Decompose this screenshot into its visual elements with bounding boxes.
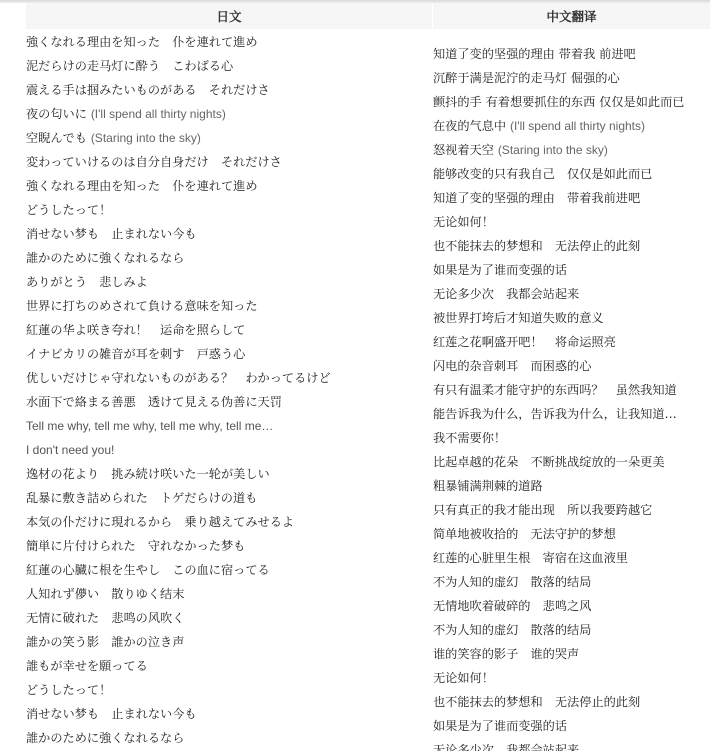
lyric-text: 誰もが幸せを願ってる — [26, 659, 148, 673]
lyric-line: 优しいだけじゃ守れないものがある？ わかってるけど — [26, 370, 331, 386]
lyric-text: 逸材の花より 挑み続け咲いた一轮が美しい — [26, 467, 270, 481]
lyric-text: 比起卓越的花朵 不断挑战绽放的一朵更美 — [433, 455, 665, 469]
lyric-line: 人知れず儚い 散りゆく结末 — [26, 586, 184, 602]
lyric-line: 颤抖的手 有着想要抓住的东西 仅仅是如此而已 — [433, 94, 685, 110]
lyric-text: 颤抖的手 有着想要抓住的东西 仅仅是如此而已 — [433, 95, 685, 109]
lyric-line: 誰もが幸せを願ってる — [26, 658, 148, 674]
lyric-text: 簡単に片付けられた 守れなかった梦も — [26, 539, 245, 553]
lyric-text: 能告诉我为什么，告诉我为什么，让我知道… — [433, 407, 677, 421]
lyric-english: (I'll spend all thirty nights) — [510, 119, 645, 133]
lyric-text: 也不能抹去的梦想和 无法停止的此刻 — [433, 239, 640, 253]
lyric-line: 誰かの笑う影 誰かの泣き声 — [26, 634, 184, 650]
lyric-line: 在夜的气息中 (I'll spend all thirty nights) — [433, 118, 645, 134]
lyric-line: 闪电的杂音刺耳 而困惑的心 — [433, 358, 591, 374]
lyric-line: 也不能抹去的梦想和 无法停止的此刻 — [433, 694, 640, 710]
lyric-line: 消せない梦も 止まれない今も — [26, 226, 197, 242]
lyric-line: 能够改变的只有我自己 仅仅是如此而已 — [433, 166, 652, 182]
lyric-line: 无情に破れた 悲鸣の风吹く — [26, 610, 184, 626]
lyric-text: 能够改变的只有我自己 仅仅是如此而已 — [433, 167, 652, 181]
lyric-text: 被世界打垮后才知道失败的意义 — [433, 311, 604, 325]
lyric-line: 乱暴に敷き詰められた トゲだらけの道も — [26, 490, 257, 506]
lyric-line: 怒视着天空 (Staring into the sky) — [433, 142, 608, 158]
lyric-text: 紅蓮の华よ咲き夸れ！ 运命を照らして — [26, 323, 245, 337]
lyric-text: 誰かの笑う影 誰かの泣き声 — [26, 635, 184, 649]
lyric-line: 也不能抹去的梦想和 无法停止的此刻 — [433, 238, 640, 254]
lyric-line: イナビカリの雑音が耳を刺す 戸惑う心 — [26, 346, 245, 362]
lyric-line: 震える手は掴みたいものがある それだけさ — [26, 82, 270, 98]
lyric-text: 无情に破れた 悲鸣の风吹く — [26, 611, 184, 625]
lyric-line: Tell me why, tell me why, tell me why, t… — [26, 418, 273, 434]
lyric-line: 泥だらけの走马灯に酔う こわばる心 — [26, 58, 233, 74]
lyric-text: 紅蓮の心臓に根を生やし この血に宿ってる — [26, 563, 270, 577]
lyric-text: 知道了变的坚强的理由 带着我前进吧 — [433, 191, 640, 205]
lyric-line: 比起卓越的花朵 不断挑战绽放的一朵更美 — [433, 454, 665, 470]
lyric-text: 只有真正的我才能出现 所以我要跨越它 — [433, 503, 652, 517]
lyric-text: 夜の匂いに — [26, 107, 91, 121]
lyric-text: 我不需要你！ — [433, 431, 506, 445]
lyric-line: 无论如何！ — [433, 670, 494, 686]
lyric-text: 世界に打ちのめされて負ける意味を知った — [26, 299, 258, 313]
lyric-line: 我不需要你！ — [433, 430, 506, 446]
lyric-line: 红莲之花啊盛开吧！ 将命运照亮 — [433, 334, 616, 350]
lyric-text: 震える手は掴みたいものがある それだけさ — [26, 83, 270, 97]
lyric-line: 无论如何！ — [433, 214, 494, 230]
lyric-text: 消せない梦も 止まれない今も — [26, 227, 197, 241]
lyric-text: 知道了变的坚强的理由 带着我 前进吧 — [433, 47, 636, 61]
lyric-line: 谁的笑容的影子 谁的哭声 — [433, 646, 579, 662]
lyric-line: 简单地被收拾的 无法守护的梦想 — [433, 526, 616, 542]
lyric-line: 本気の仆だけに現れるから 乗り越えてみせるよ — [26, 514, 294, 530]
lyric-line: 知道了变的坚强的理由 带着我 前进吧 — [433, 46, 636, 62]
lyric-line: 无论多少次 我都会站起来 — [433, 742, 579, 751]
lyric-text: 如果是为了谁而变强的话 — [433, 719, 567, 733]
lyric-text: 红莲的心脏里生根 寄宿在这血液里 — [433, 551, 628, 565]
lyric-line: 不为人知的虚幻 散落的结局 — [433, 574, 591, 590]
lyric-text: 优しいだけじゃ守れないものがある？ わかってるけど — [26, 371, 331, 385]
lyric-text: どうしたって！ — [26, 683, 111, 697]
lyric-line: 沉醉于满是泥泞的走马灯 倔强的心 — [433, 70, 620, 86]
lyric-line: 紅蓮の心臓に根を生やし この血に宿ってる — [26, 562, 270, 578]
lyric-text: 粗暴铺满荆棘的道路 — [433, 479, 543, 493]
lyric-line: 強くなれる理由を知った 仆を連れて進め — [26, 178, 258, 194]
lyric-text: 在夜的气息中 — [433, 119, 510, 133]
lyric-text: 人知れず儚い 散りゆく结末 — [26, 587, 184, 601]
lyric-text: 泥だらけの走马灯に酔う こわばる心 — [26, 59, 233, 73]
lyric-line: 簡単に片付けられた 守れなかった梦も — [26, 538, 245, 554]
lyric-text: イナビカリの雑音が耳を刺す 戸惑う心 — [26, 347, 245, 361]
lyric-line: 変わっていけるのは自分自身だけ それだけさ — [26, 154, 282, 170]
lyric-text: 红莲之花啊盛开吧！ 将命运照亮 — [433, 335, 616, 349]
lyric-text: 简单地被收拾的 无法守护的梦想 — [433, 527, 616, 541]
lyric-text: 也不能抹去的梦想和 无法停止的此刻 — [433, 695, 640, 709]
lyric-text: 不为人知的虚幻 散落的结局 — [433, 623, 591, 637]
lyric-line: 无情地吹着破碎的 悲鸣之风 — [433, 598, 591, 614]
lyric-line: 世界に打ちのめされて負ける意味を知った — [26, 298, 258, 314]
lyric-line: 如果是为了谁而变强的话 — [433, 718, 567, 734]
lyric-line: 能告诉我为什么，告诉我为什么，让我知道… — [433, 406, 677, 422]
lyric-line: 空睨んでも (Staring into the sky) — [26, 130, 201, 146]
lyric-text: 闪电的杂音刺耳 而困惑的心 — [433, 359, 591, 373]
lyric-text: どうしたって！ — [26, 203, 111, 217]
lyric-text: 沉醉于满是泥泞的走马灯 倔强的心 — [433, 71, 620, 85]
lyric-line: 誰かのために強くなれるなら — [26, 250, 184, 266]
lyric-line: 红莲的心脏里生根 寄宿在这血液里 — [433, 550, 628, 566]
header-chinese: 中文翻译 — [433, 3, 710, 29]
lyric-text: 変わっていけるのは自分自身だけ それだけさ — [26, 155, 282, 169]
lyric-text: 谁的笑容的影子 谁的哭声 — [433, 647, 579, 661]
lyric-text: 无论多少次 我都会站起来 — [433, 287, 579, 301]
lyric-text: 消せない梦も 止まれない今も — [26, 707, 197, 721]
lyric-text: 空睨んでも — [26, 131, 91, 145]
lyric-text: 有只有温柔才能守护的东西吗？ 虽然我知道 — [433, 383, 677, 397]
lyric-line: 逸材の花より 挑み続け咲いた一轮が美しい — [26, 466, 270, 482]
lyric-english: (I'll spend all thirty nights) — [91, 107, 226, 121]
lyric-text: 不为人知的虚幻 散落的结局 — [433, 575, 591, 589]
lyric-line: ありがとう 悲しみよ — [26, 274, 148, 290]
lyric-text: 无论如何！ — [433, 671, 494, 685]
table-header: 日文 中文翻译 — [26, 3, 710, 29]
lyric-text: 強くなれる理由を知った 仆を連れて進め — [26, 179, 258, 193]
lyric-text: 誰かのために強くなれるなら — [26, 731, 184, 745]
lyric-text: 无情地吹着破碎的 悲鸣之风 — [433, 599, 591, 613]
lyric-text: 強くなれる理由を知った 仆を連れて進め — [26, 35, 258, 49]
lyric-line: 有只有温柔才能守护的东西吗？ 虽然我知道 — [433, 382, 677, 398]
lyric-english: Tell me why, tell me why, tell me why, t… — [26, 419, 273, 433]
lyric-line: 被世界打垮后才知道失败的意义 — [433, 310, 604, 326]
lyric-line: 水面下で絡まる善悪 透けて見える伪善に天罚 — [26, 394, 282, 410]
lyric-english: (Staring into the sky) — [498, 143, 608, 157]
lyric-text: 水面下で絡まる善悪 透けて見える伪善に天罚 — [26, 395, 282, 409]
lyric-line: 不为人知的虚幻 散落的结局 — [433, 622, 591, 638]
lyric-text: 本気の仆だけに現れるから 乗り越えてみせるよ — [26, 515, 294, 529]
lyric-line: 紅蓮の华よ咲き夸れ！ 运命を照らして — [26, 322, 245, 338]
lyric-text: ありがとう 悲しみよ — [26, 275, 148, 289]
lyric-english: (Staring into the sky) — [91, 131, 201, 145]
lyric-line: 如果是为了谁而变强的话 — [433, 262, 567, 278]
lyric-line: 粗暴铺满荆棘的道路 — [433, 478, 543, 494]
lyric-line: 誰かのために強くなれるなら — [26, 730, 184, 746]
lyric-text: 怒视着天空 — [433, 143, 498, 157]
lyric-line: 夜の匂いに (I'll spend all thirty nights) — [26, 106, 226, 122]
lyric-line: 強くなれる理由を知った 仆を連れて進め — [26, 34, 258, 50]
lyric-line: 消せない梦も 止まれない今も — [26, 706, 197, 722]
lyric-line: I don't need you! — [26, 442, 114, 458]
lyric-line: 知道了变的坚强的理由 带着我前进吧 — [433, 190, 640, 206]
lyric-line: どうしたって！ — [26, 202, 111, 218]
lyric-text: 乱暴に敷き詰められた トゲだらけの道も — [26, 491, 257, 505]
header-japanese: 日文 — [26, 3, 433, 29]
lyric-line: 无论多少次 我都会站起来 — [433, 286, 579, 302]
lyric-text: 无论多少次 我都会站起来 — [433, 743, 579, 751]
lyric-text: 如果是为了谁而变强的话 — [433, 263, 567, 277]
lyric-english: I don't need you! — [26, 443, 114, 457]
lyric-line: 只有真正的我才能出现 所以我要跨越它 — [433, 502, 652, 518]
lyric-text: 誰かのために強くなれるなら — [26, 251, 184, 265]
lyric-line: どうしたって！ — [26, 682, 111, 698]
lyric-text: 无论如何！ — [433, 215, 494, 229]
